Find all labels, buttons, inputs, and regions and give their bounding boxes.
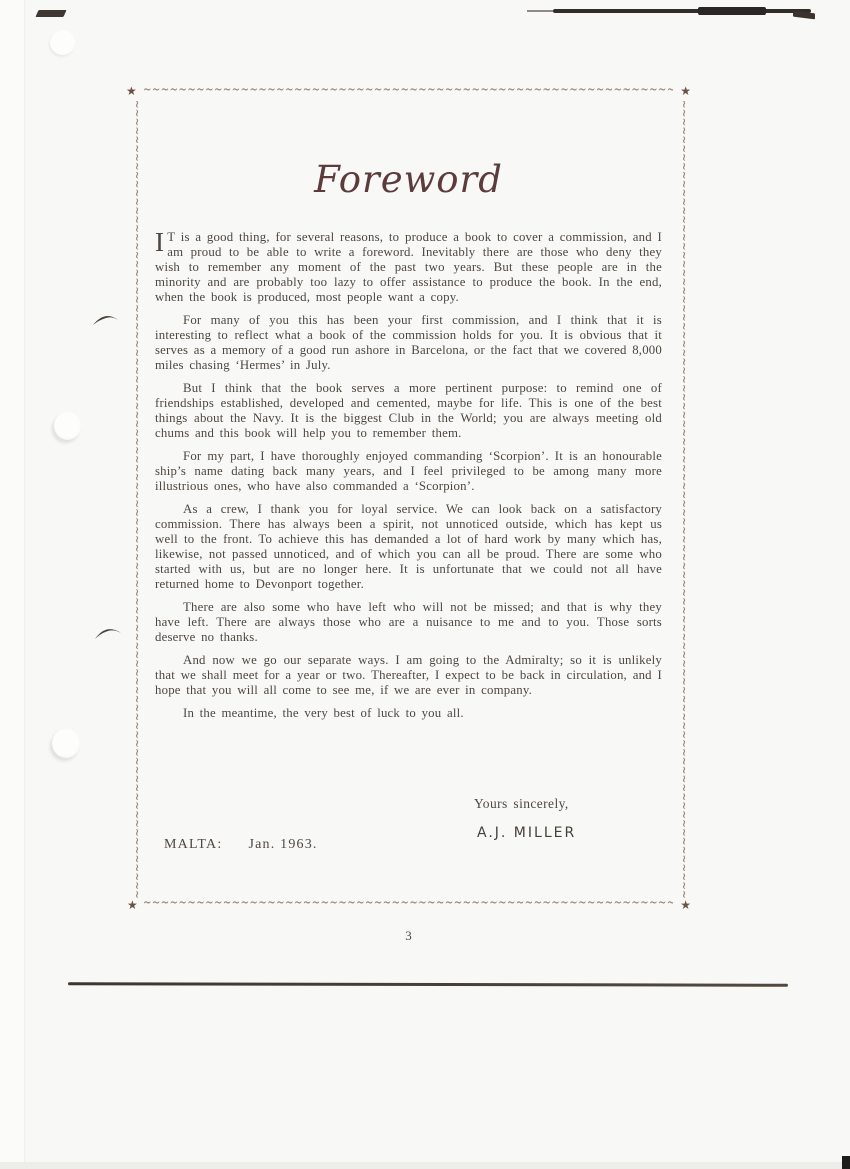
ink-smudge [94, 625, 122, 647]
paragraph: For many of you this has been your first… [155, 313, 662, 373]
corner-star-icon: ★ [680, 85, 691, 97]
scan-corner-artifact [842, 1156, 850, 1169]
scan-artifact-top-right [793, 11, 815, 20]
paragraph: For my part, I have thoroughly enjoyed c… [155, 449, 662, 494]
border-squiggle-left: ~~~~~~~~~~~~~~~~~~~~~~~~~~~~~~~~~~~~~~~~… [127, 100, 142, 898]
ink-smudge [92, 313, 119, 333]
corner-star-icon: ★ [127, 899, 138, 911]
corner-star-icon: ★ [126, 85, 137, 97]
page-left-edge [0, 0, 25, 1169]
drop-cap: I [155, 230, 167, 255]
border-squiggle-right: ~~~~~~~~~~~~~~~~~~~~~~~~~~~~~~~~~~~~~~~~… [674, 100, 689, 898]
paragraph-text: T is a good thing, for several reasons, … [155, 230, 662, 304]
scanner-bottom-edge [0, 1162, 850, 1169]
corner-star-icon: ★ [680, 899, 691, 911]
border-squiggle-top: ~~~~~~~~~~~~~~~~~~~~~~~~~~~~~~~~~~~~~~~~… [143, 83, 673, 100]
scan-artifact-top-right [698, 7, 766, 15]
paragraph: There are also some who have left who wi… [155, 600, 662, 645]
dateline-date: Jan. 1963. [248, 837, 317, 852]
paragraph: In the meantime, the very best of luck t… [155, 706, 662, 721]
hole-punch [52, 729, 80, 758]
paragraph: And now we go our separate ways. I am go… [155, 653, 662, 698]
signature: A.J. MILLER [477, 825, 576, 841]
page-number: 3 [133, 928, 684, 944]
scanned-page: ~~~~~~~~~~~~~~~~~~~~~~~~~~~~~~~~~~~~~~~~… [0, 0, 850, 1169]
page-title: Foreword [133, 158, 684, 201]
hole-punch [50, 30, 75, 55]
scan-artifact-top-right [527, 10, 555, 12]
hole-punch [54, 412, 81, 440]
page-bottom-rule [68, 982, 788, 987]
paragraph: As a crew, I thank you for loyal service… [155, 502, 662, 592]
paragraph: IT is a good thing, for several reasons,… [155, 230, 662, 305]
dateline: MALTA:Jan. 1963. [164, 837, 318, 853]
scan-artifact-top-right [553, 9, 811, 13]
foreword-text: IT is a good thing, for several reasons,… [155, 230, 662, 729]
paragraph: But I think that the book serves a more … [155, 381, 662, 441]
border-squiggle-bottom: ~~~~~~~~~~~~~~~~~~~~~~~~~~~~~~~~~~~~~~~~… [143, 896, 673, 913]
scan-artifact-top-left [35, 10, 66, 17]
dateline-place: MALTA: [164, 837, 222, 852]
valediction: Yours sincerely, [474, 796, 569, 812]
